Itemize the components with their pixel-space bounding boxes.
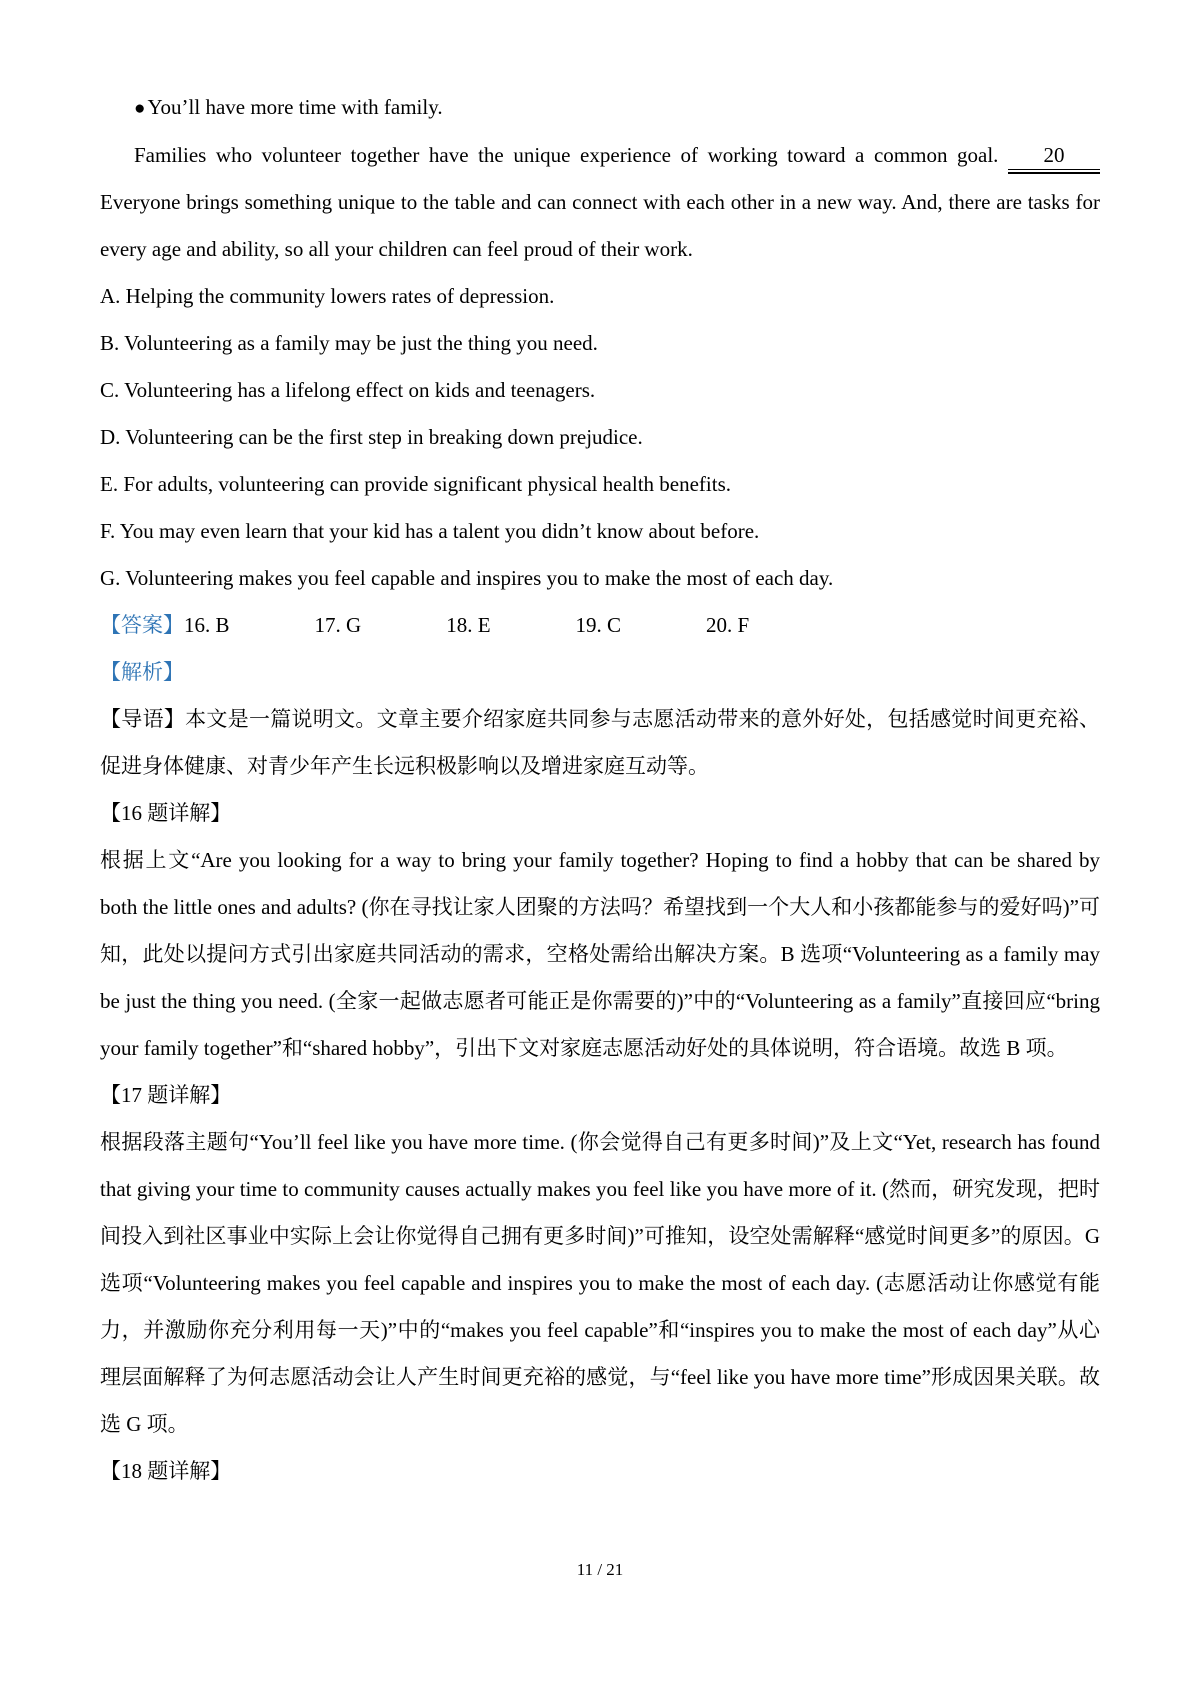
answers-line: 【答案】16. B17. G18. E19. C20. F — [100, 602, 1100, 649]
intro-label: 【导语】 — [100, 707, 185, 731]
document-page: ●You’ll have more time with family. Fami… — [0, 0, 1200, 1697]
option-line-f: F. You may even learn that your kid has … — [100, 508, 1100, 555]
option-line-a: A. Helping the community lowers rates of… — [100, 273, 1100, 320]
analysis-label: 【解析】 — [100, 660, 184, 684]
analysis-heading: 【解析】 — [100, 649, 1100, 696]
q16-heading: 【16 题详解】 — [100, 790, 1100, 837]
answer-item-20: 20. F — [706, 613, 749, 637]
intro-text: 本文是一篇说明文。文章主要介绍家庭共同参与志愿活动带来的意外好处，包括感觉时间更… — [100, 707, 1100, 778]
bullet-line-text: You’ll have more time with family. — [147, 95, 442, 119]
option-line-d: D. Volunteering can be the first step in… — [100, 414, 1100, 461]
q17-heading: 【17 题详解】 — [100, 1072, 1100, 1119]
q18-heading: 【18 题详解】 — [100, 1448, 1100, 1495]
question-blank-20: 20 — [1008, 132, 1100, 179]
q16-paragraph: 根据上文“Are you looking for a way to bring … — [100, 837, 1100, 1072]
option-line-e: E. For adults, volunteering can provide … — [100, 461, 1100, 508]
q17-paragraph: 根据段落主题句“You’ll feel like you have more t… — [100, 1119, 1100, 1448]
option-line-b: B. Volunteering as a family may be just … — [100, 320, 1100, 367]
passage-bullet-line: ●You’ll have more time with family. — [100, 84, 1100, 132]
option-line-g: G. Volunteering makes you feel capable a… — [100, 555, 1100, 602]
bullet-icon: ● — [134, 98, 145, 119]
answer-item-19: 19. C — [576, 613, 622, 637]
answer-item-17: 17. G — [315, 613, 362, 637]
passage-paragraph: Families who volunteer together have the… — [100, 132, 1100, 273]
answer-item-16: 16. B — [184, 613, 230, 637]
option-line-c: C. Volunteering has a lifelong effect on… — [100, 367, 1100, 414]
blank-number: 20 — [1044, 143, 1065, 167]
paragraph-text-after-blank: Everyone brings something unique to the … — [100, 190, 1100, 261]
intro-paragraph: 【导语】本文是一篇说明文。文章主要介绍家庭共同参与志愿活动带来的意外好处，包括感… — [100, 696, 1100, 790]
answers-label: 【答案】 — [100, 613, 184, 637]
paragraph-text-before-blank: Families who volunteer together have the… — [134, 143, 1008, 167]
answer-item-18: 18. E — [446, 613, 490, 637]
page-number: 11 / 21 — [0, 1560, 1200, 1580]
document-content: ●You’ll have more time with family. Fami… — [100, 84, 1100, 1495]
